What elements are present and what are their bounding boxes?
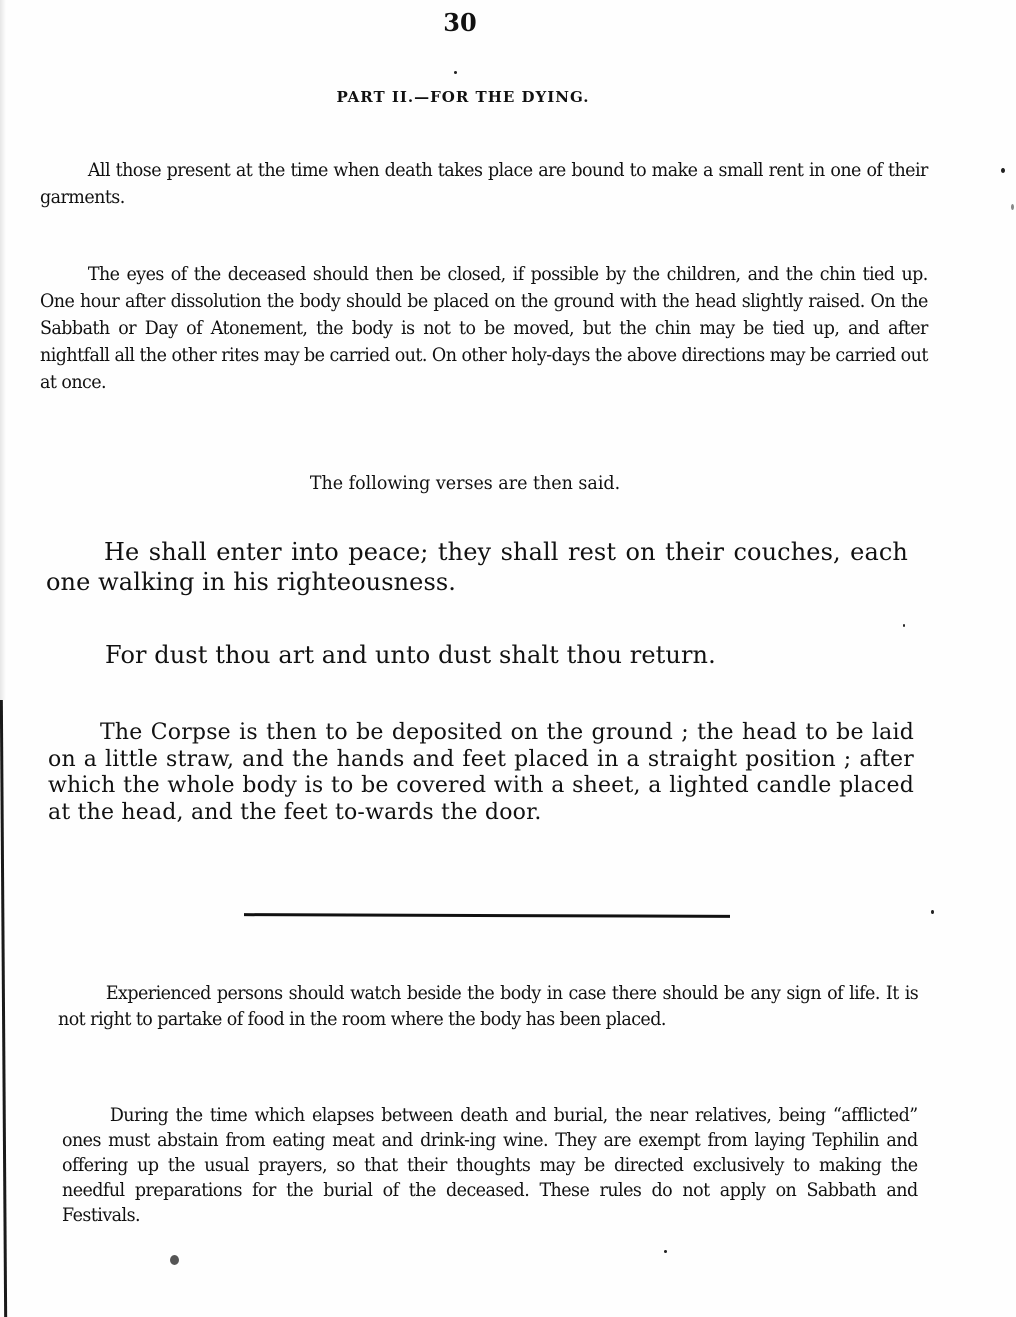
- section-divider: [244, 913, 730, 918]
- document-page: 30 PART II.—FOR THE DYING. All those pre…: [0, 0, 1016, 1317]
- print-blot: [170, 1255, 179, 1265]
- print-speck: [931, 910, 934, 914]
- print-speck: [664, 1250, 667, 1253]
- print-speck: [1001, 168, 1005, 173]
- paragraph-watch-body: Experienced persons should watch beside …: [58, 980, 918, 1032]
- paragraph-corpse-deposited: The Corpse is then to be deposited on th…: [48, 720, 914, 826]
- section-heading: PART II.—FOR THE DYING.: [0, 88, 926, 106]
- page-number: 30: [0, 8, 920, 37]
- page-edge-rule: [0, 700, 7, 1317]
- print-speck: [903, 624, 905, 627]
- paragraph-following-verses: The following verses are then said.: [37, 472, 893, 494]
- paragraph-afflicted-relatives: During the time which elapses between de…: [62, 1103, 918, 1228]
- verse-dust: For dust thou art and unto dust shalt th…: [105, 640, 925, 670]
- print-speck: [454, 71, 457, 74]
- paragraph-eyes-closed: The eyes of the deceased should then be …: [40, 261, 928, 396]
- print-speck: [1011, 204, 1014, 210]
- verse-peace: He shall enter into peace; they shall re…: [46, 537, 908, 597]
- paragraph-rent-garments: All those present at the time when death…: [40, 157, 928, 211]
